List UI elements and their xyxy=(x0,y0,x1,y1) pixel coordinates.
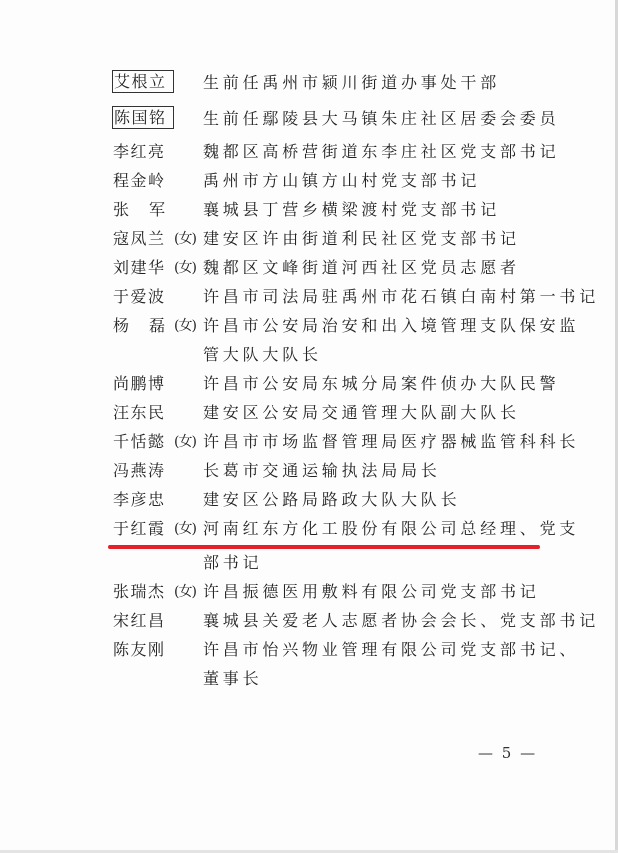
person-duty: 魏都区高桥营街道东李庄社区党支部书记 xyxy=(203,140,559,164)
person-duty-continued: 董事长 xyxy=(203,667,262,691)
page-number: — 5 — xyxy=(478,744,537,762)
female-marker: (女) xyxy=(174,227,196,251)
person-name: 李红亮 xyxy=(113,140,171,164)
person-duty: 许昌市司法局驻禹州市花石镇白南村第一书记 xyxy=(203,285,599,309)
person-duty: 生前任禹州市颍川街道办事处干部 xyxy=(203,71,500,95)
person-name: 张军 xyxy=(113,198,171,222)
person-duty-continued: 部书记 xyxy=(203,551,262,575)
female-marker: (女) xyxy=(174,430,196,454)
person-name: 程金岭 xyxy=(113,169,171,193)
person-duty: 襄城县关爱老人志愿者协会会长、党支部书记 xyxy=(203,609,599,633)
person-name: 寇凤兰 xyxy=(113,227,171,251)
person-name: 冯燕涛 xyxy=(113,459,171,483)
red-underline-annotation xyxy=(108,545,540,549)
person-name: 千恬懿 xyxy=(113,430,171,454)
person-duty: 建安区公路局路政大队大队长 xyxy=(203,488,460,512)
person-name: 于爱波 xyxy=(113,285,171,309)
person-duty: 魏都区文峰街道河西社区党员志愿者 xyxy=(203,256,520,280)
person-name: 李彦忠 xyxy=(113,488,171,512)
female-marker: (女) xyxy=(174,314,196,338)
person-duty: 许昌振德医用敷料有限公司党支部书记 xyxy=(203,580,540,604)
person-name: 杨磊 xyxy=(113,314,171,338)
person-duty: 建安区公安局交通管理大队副大队长 xyxy=(203,401,520,425)
person-duty: 许昌市公安局东城分局案件侦办大队民警 xyxy=(203,372,559,396)
person-duty: 禹州市方山镇方山村党支部书记 xyxy=(203,169,480,193)
female-marker: (女) xyxy=(174,256,196,280)
person-name: 陈友刚 xyxy=(113,638,171,662)
person-name: 艾根立 xyxy=(112,70,174,93)
person-duty: 襄城县丁营乡横梁渡村党支部书记 xyxy=(203,198,500,222)
person-duty-continued: 管大队大队长 xyxy=(203,343,322,367)
person-name: 刘建华 xyxy=(113,256,171,280)
person-duty: 许昌市怡兴物业管理有限公司党支部书记、 xyxy=(203,638,579,662)
person-name: 汪东民 xyxy=(113,401,171,425)
person-duty: 许昌市公安局治安和出入境管理支队保安监 xyxy=(203,314,579,338)
person-name: 宋红昌 xyxy=(113,609,171,633)
person-name: 张瑞杰 xyxy=(113,580,171,604)
female-marker: (女) xyxy=(174,580,196,604)
person-duty: 生前任鄢陵县大马镇朱庄社区居委会委员 xyxy=(203,107,559,131)
person-name: 陈国铭 xyxy=(112,106,174,129)
person-duty: 河南红东方化工股份有限公司总经理、党支 xyxy=(203,517,579,541)
person-duty: 许昌市市场监督管理局医疗器械监管科科长 xyxy=(203,430,579,454)
female-marker: (女) xyxy=(174,517,196,541)
person-name: 于红霞 xyxy=(113,517,171,541)
person-duty: 建安区许由街道利民社区党支部书记 xyxy=(203,227,520,251)
person-name: 尚鹏博 xyxy=(113,372,171,396)
person-duty: 长葛市交通运输执法局局长 xyxy=(203,459,441,483)
